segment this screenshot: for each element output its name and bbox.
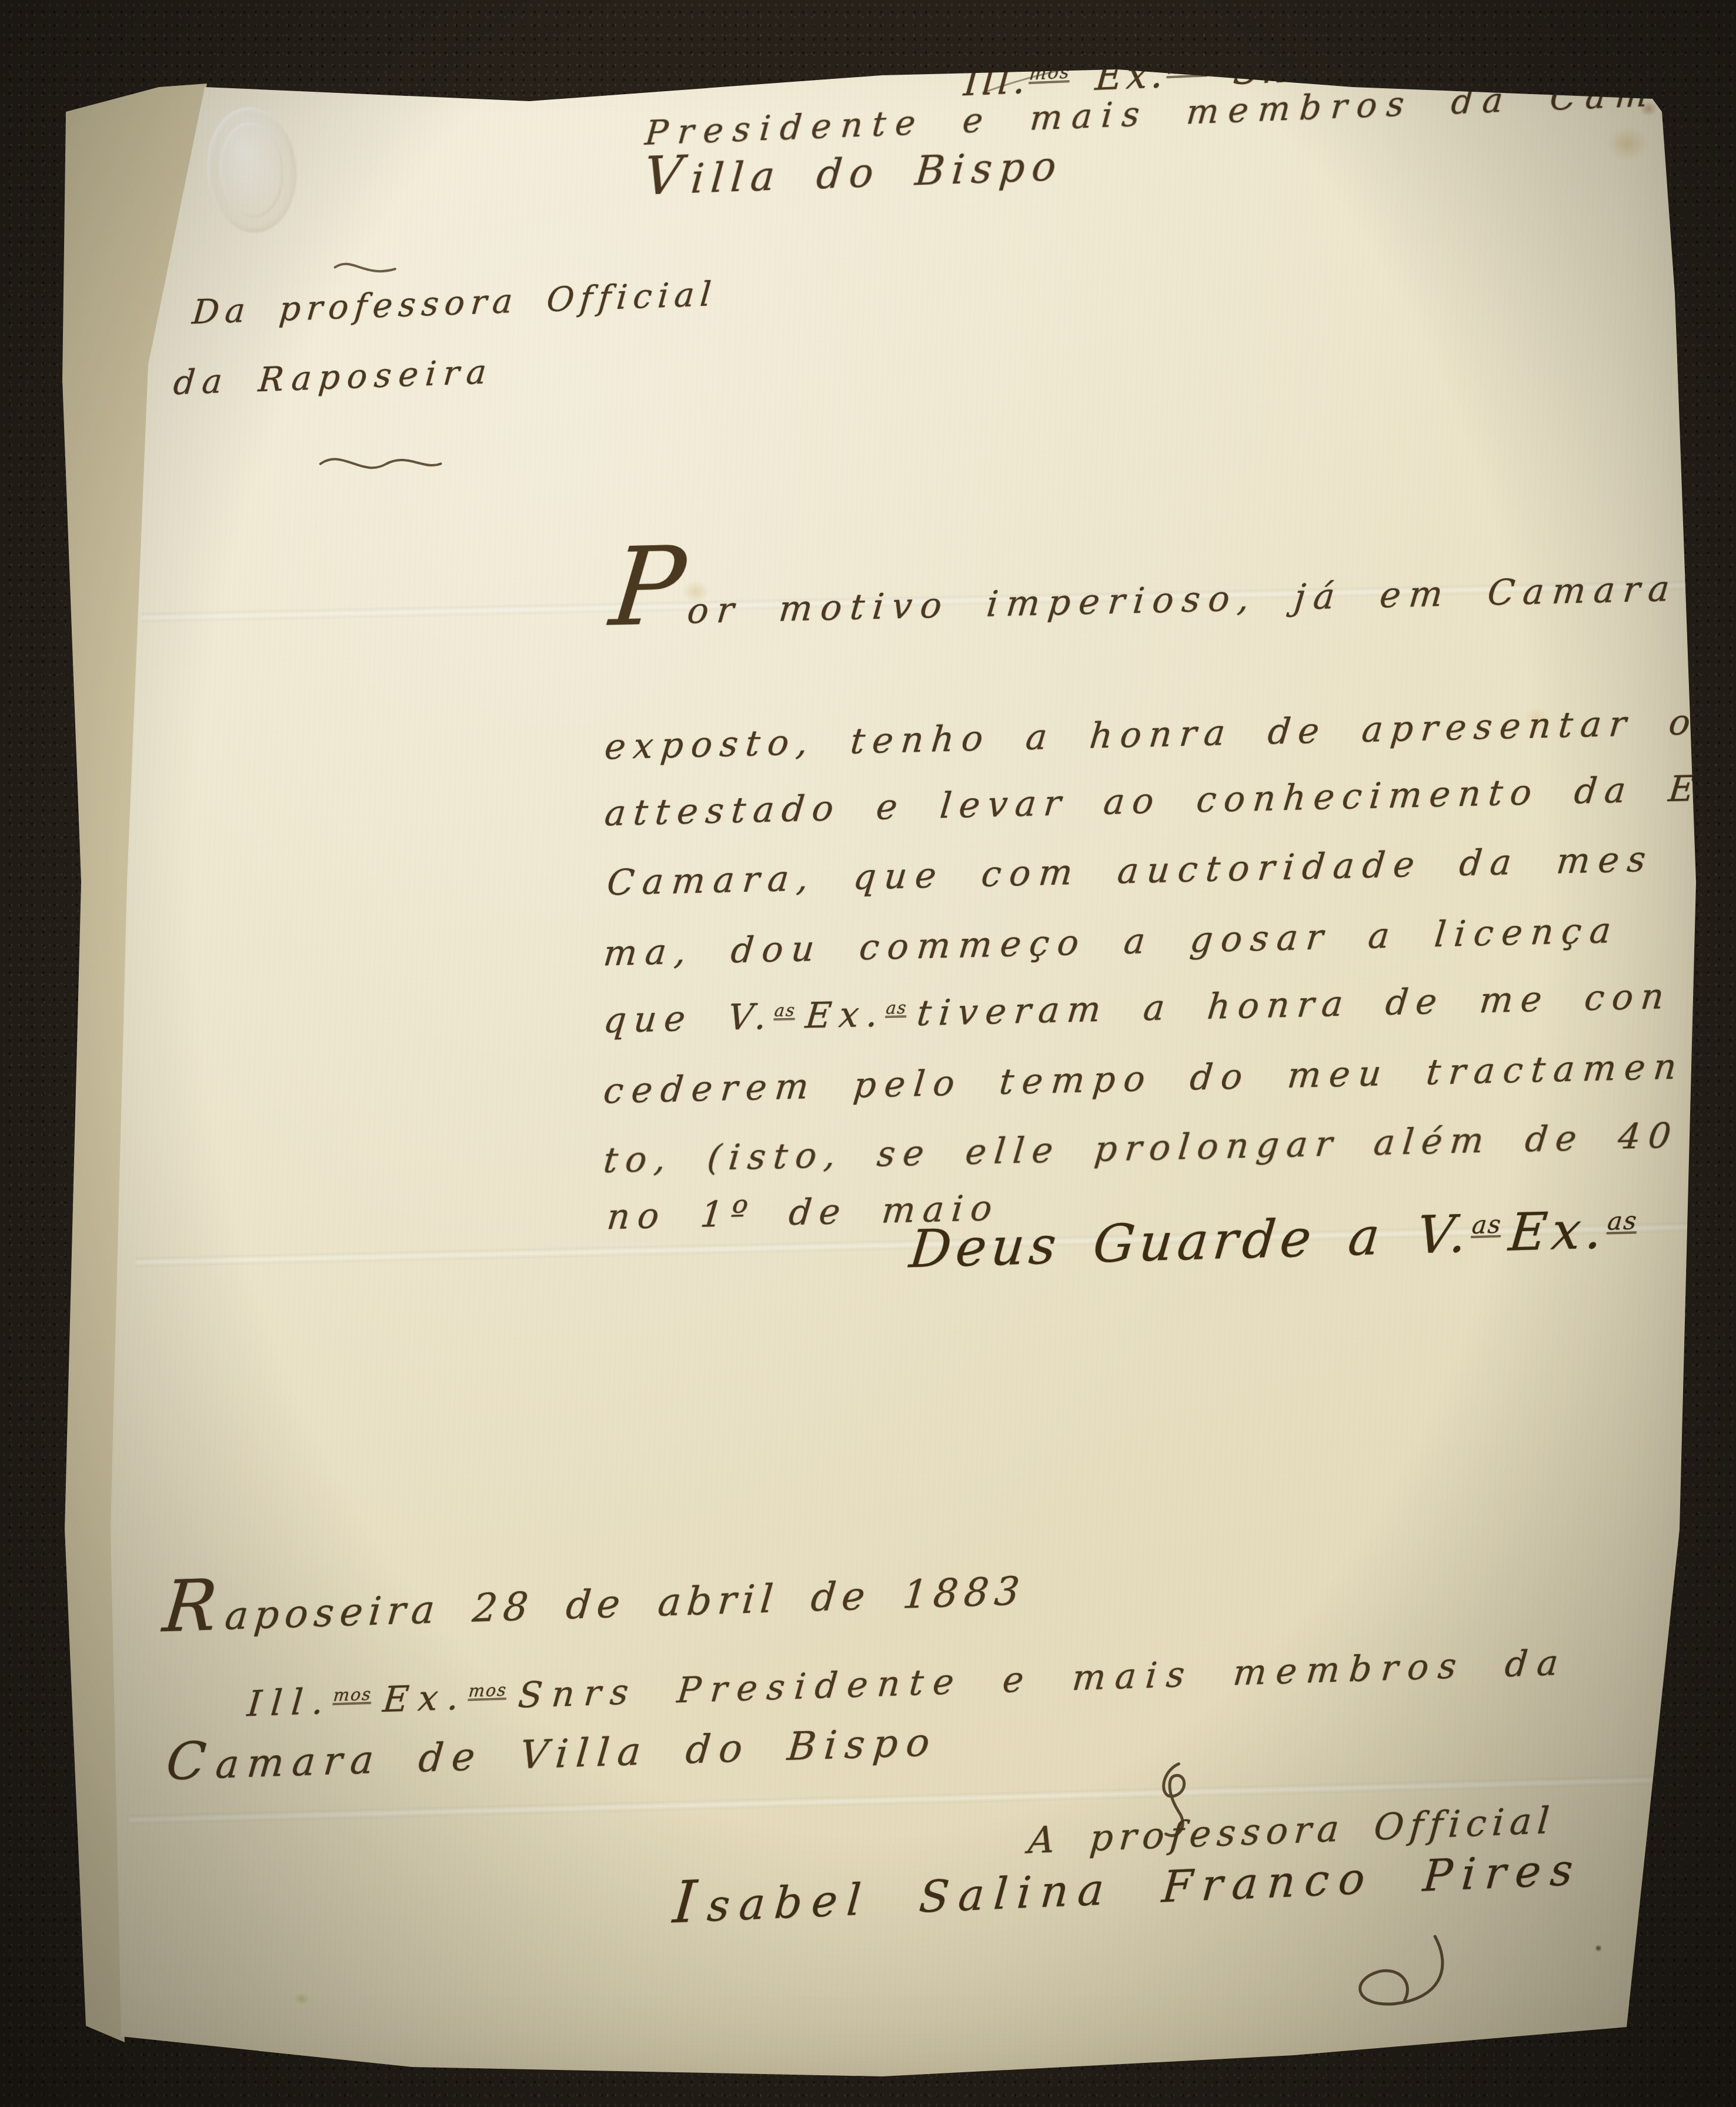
body-line-6-rest: tiveram a honra de me con xyxy=(915,976,1673,1034)
body-line-3: attestado e levar ao conhecimento da Ex.… xyxy=(603,766,1736,834)
body-line-1: Por motivo imperioso, já em Camara xyxy=(607,564,1680,634)
stain-spot xyxy=(294,1993,309,2005)
address-rest: Snrs Presidente e mais membros da xyxy=(516,1642,1569,1716)
spacer xyxy=(1206,84,1232,85)
ink-speck xyxy=(1595,1945,1602,1952)
heading-line-3: Villa do Bispo xyxy=(642,143,1065,204)
salutation-exmos-sup: mos xyxy=(1166,56,1208,79)
body-line-6-ex: Ex. xyxy=(803,994,887,1036)
salutation-illmos-sup: mos xyxy=(1029,61,1071,84)
spacer xyxy=(370,1712,382,1712)
signature-under-flourish xyxy=(1200,1930,1455,2033)
address-exmos: Ex. xyxy=(381,1676,470,1721)
address-repeat-line-2: Camara de Villa do Bispo xyxy=(164,1719,940,1789)
body-line-6-sup2: as xyxy=(885,998,908,1018)
closing-sup1: as xyxy=(1471,1210,1503,1240)
body-line-6-que-v: que V. xyxy=(602,996,776,1041)
spacer xyxy=(1069,90,1094,91)
photograph-scene: Ill.mosEx.mosSnr.es Presidente e mais me… xyxy=(0,0,1736,2107)
closing-sup2: as xyxy=(1606,1206,1638,1236)
salutation-illmos: Ill. xyxy=(962,58,1030,105)
salutation-exmos: Ex. xyxy=(1094,53,1169,99)
margin-under-flourish xyxy=(315,442,446,489)
body-line-3-text: attestado e levar ao conhecimento da Ex. xyxy=(603,767,1736,834)
body-line-6: que V.asEx.astiveram a honra de me con xyxy=(602,976,1673,1041)
dateline: Raposeira 28 de abril de 1883 xyxy=(161,1568,1027,1641)
closing-line: Deus Guarde a V.asEx.as xyxy=(907,1198,1640,1279)
letter-paper: Ill.mosEx.mosSnr.es Presidente e mais me… xyxy=(0,0,1736,2107)
embossed-seal xyxy=(202,104,302,236)
address-repeat-line-1: Ill.mosEx.mosSnrs Presidente e mais memb… xyxy=(246,1642,1570,1725)
salutation-snres-sup: es xyxy=(1323,50,1347,72)
margin-note-line-2: da Raposeira xyxy=(172,352,495,402)
address-exmos-sup: mos xyxy=(468,1679,508,1701)
body-line-7: cederem pelo tempo do meu tractamen xyxy=(602,1046,1687,1112)
body-line-4: Camara, que com auctoridade da mes xyxy=(605,839,1656,904)
address-illmos-sup: mos xyxy=(332,1684,372,1705)
body-line-5: ma, dou commeço a gosar a licença xyxy=(602,910,1621,974)
closing-ex: Ex. xyxy=(1507,1199,1610,1263)
margin-note-line-1: Da professora Official xyxy=(191,275,719,332)
address-illmos: Ill. xyxy=(246,1681,335,1725)
body-line-2: exposto, tenho a honra de apresentar o m… xyxy=(603,699,1736,768)
foxing-spot xyxy=(1607,126,1648,161)
salutation-snres: Snr. xyxy=(1231,46,1325,94)
body-line-8: to, (isto, se elle prolongar além de 40 … xyxy=(602,1112,1736,1181)
body-line-6-sup1: as xyxy=(773,1000,796,1021)
spacer xyxy=(505,1708,517,1708)
